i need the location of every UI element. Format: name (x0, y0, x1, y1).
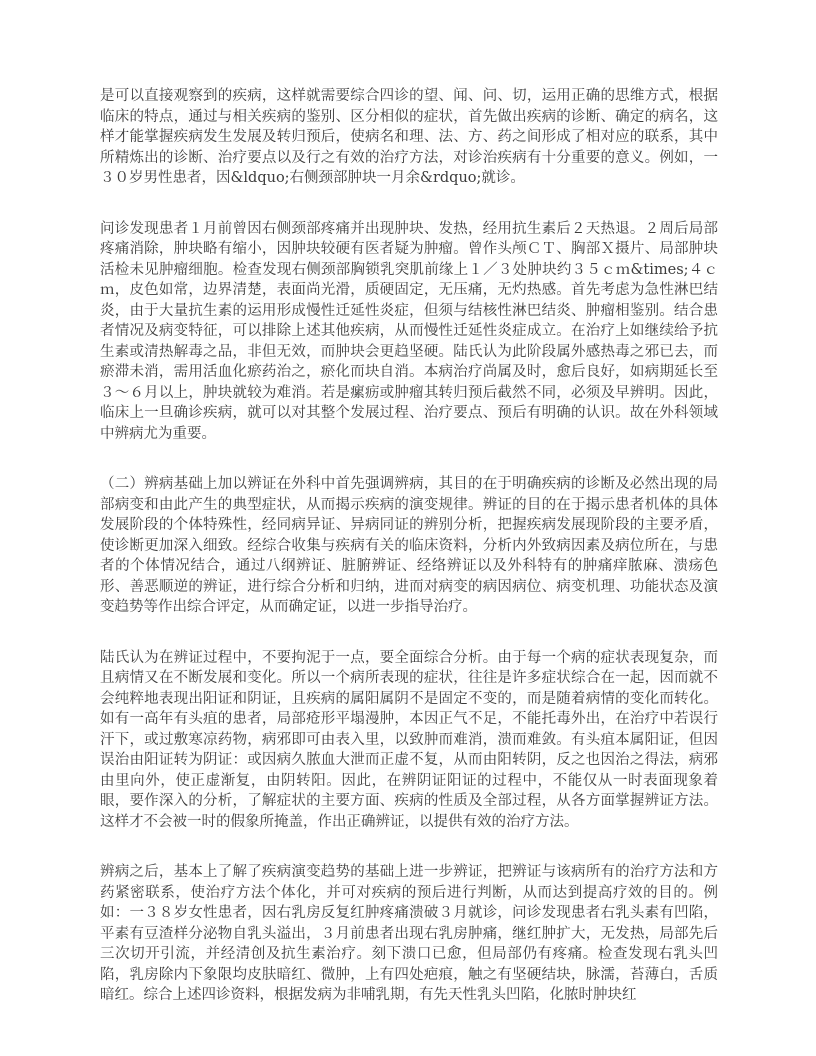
paragraph-3: （二）辨病基础上加以辨证在外科中首先强调辨病，其目的在于明确疾病的诊断及必然出现… (100, 474, 718, 618)
paragraph-4: 陆氏认为在辨证过程中，不要拘泥于一点，要全面综合分析。由于每一个病的症状表现复杂… (100, 648, 718, 833)
paragraph-2: 问诊发现患者１月前曾因右侧颈部疼痛并出现肿块、发热，经用抗生素后２天热退。２周后… (100, 219, 718, 445)
paragraph-1: 是可以直接观察到的疾病，这样就需要综合四诊的望、闻、问、切，运用正确的思维方式，… (100, 86, 718, 189)
paragraph-5: 辨病之后，基本上了解了疾病演变趋势的基础上进一步辨证，把辨证与该病所有的治疗方法… (100, 862, 718, 1006)
document-content: 是可以直接观察到的疾病，这样就需要综合四诊的望、闻、问、切，运用正确的思维方式，… (100, 86, 718, 1006)
document-page: 是可以直接观察到的疾病，这样就需要综合四诊的望、闻、问、切，运用正确的思维方式，… (0, 0, 816, 1056)
